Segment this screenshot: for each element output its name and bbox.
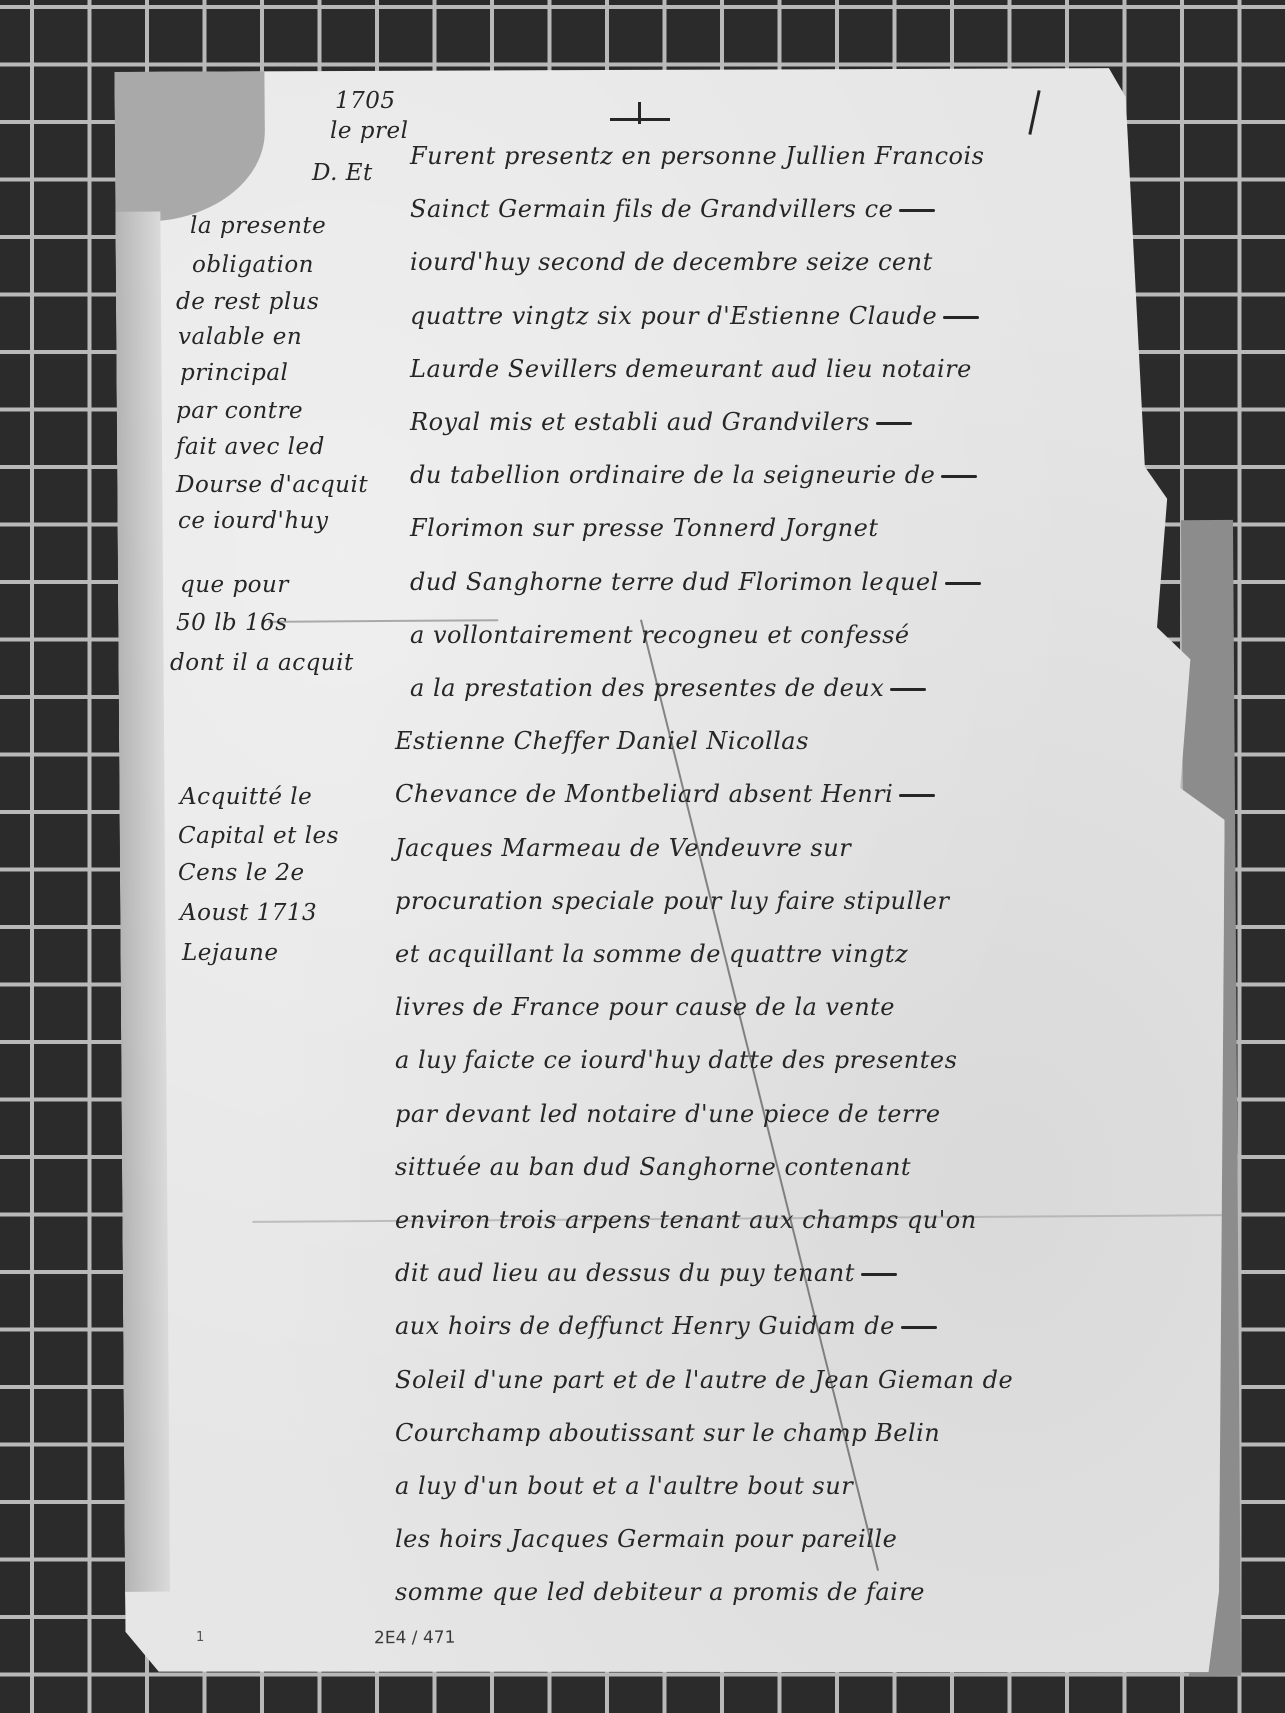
manuscript-line-text: aux hoirs de deffunct Henry Guidam de (395, 1312, 895, 1340)
manuscript-line-text: Soleil d'une part et de l'autre de Jean … (395, 1366, 1013, 1394)
manuscript-line-text: et acquillant la somme de quattre vingtz (395, 940, 908, 968)
margin-note: obligation (192, 252, 314, 278)
manuscript-line: les hoirs Jacques Germain pour pareille (395, 1525, 897, 1553)
page-mark: 1 (196, 1630, 204, 1645)
manuscript-line-text: Royal mis et establi aud Grandvilers (410, 408, 870, 436)
manuscript-line: Florimon sur presse Tonnerd Jorgnet (410, 514, 878, 542)
water-stain (114, 71, 265, 222)
margin-note: Capital et les (178, 823, 339, 849)
manuscript-line-text: Jacques Marmeau de Vendeuvre sur (395, 834, 851, 862)
manuscript-line-text: livres de France pour cause de la vente (395, 993, 895, 1021)
margin-note: Acquitté le (180, 784, 312, 810)
manuscript-line-text: Laurde Sevillers demeurant aud lieu nota… (410, 355, 972, 383)
manuscript-line: Sainct Germain fils de Grandvillers ce (410, 195, 935, 223)
manuscript-line: Estienne Cheffer Daniel Nicollas (395, 727, 809, 755)
cross-mark-icon (610, 118, 670, 121)
manuscript-line: du tabellion ordinaire de la seigneurie … (410, 461, 977, 489)
manuscript-line: aux hoirs de deffunct Henry Guidam de (395, 1312, 937, 1340)
margin-note: Dourse d'acquit (176, 472, 368, 498)
manuscript-line-text: du tabellion ordinaire de la seigneurie … (410, 461, 935, 489)
manuscript-line: a vollontairement recogneu et confessé (410, 621, 910, 649)
margin-note: ce iourd'huy (178, 508, 328, 534)
manuscript-line-text: procuration speciale pour luy faire stip… (395, 887, 949, 915)
margin-note: 50 lb 16s (176, 610, 288, 636)
line-filler-dash (861, 1273, 897, 1276)
manuscript-line: quattre vingtz six pour d'Estienne Claud… (410, 302, 979, 330)
margin-note: la presente (190, 213, 326, 239)
manuscript-line: dud Sanghorne terre dud Florimon lequel (410, 568, 981, 596)
line-filler-dash (945, 582, 981, 585)
manuscript-line-text: dit aud lieu au dessus du puy tenant (395, 1259, 855, 1287)
manuscript-line-text: Courchamp aboutissant sur le champ Belin (395, 1419, 940, 1447)
margin-note: valable en (178, 324, 302, 350)
manuscript-line: et acquillant la somme de quattre vingtz (395, 940, 908, 968)
manuscript-line-text: Estienne Cheffer Daniel Nicollas (395, 727, 809, 755)
manuscript-line-text: Florimon sur presse Tonnerd Jorgnet (410, 514, 878, 542)
manuscript-line: Furent presentz en personne Jullien Fran… (410, 142, 984, 170)
manuscript-line-text: par devant led notaire d'une piece de te… (395, 1100, 941, 1128)
margin-note: Lejaune (182, 940, 278, 966)
manuscript-line: par devant led notaire d'une piece de te… (395, 1100, 941, 1128)
edge-discoloration (115, 212, 170, 1592)
manuscript-line: sittuée au ban dud Sanghorne contenant (395, 1153, 911, 1181)
manuscript-line-text: sittuée au ban dud Sanghorne contenant (395, 1153, 911, 1181)
margin-note: D. Et (312, 160, 373, 186)
manuscript-line: a luy faicte ce iourd'huy datte des pres… (395, 1046, 957, 1074)
line-filler-dash (901, 1326, 937, 1329)
manuscript-line: iourd'huy second de decembre seize cent (410, 248, 933, 276)
line-filler-dash (899, 794, 935, 797)
manuscript-line-text: environ trois arpens tenant aux champs q… (395, 1206, 977, 1234)
manuscript-line: Jacques Marmeau de Vendeuvre sur (395, 834, 851, 862)
manuscript-line-text: Sainct Germain fils de Grandvillers ce (410, 195, 893, 223)
manuscript-line-text: a luy faicte ce iourd'huy datte des pres… (395, 1046, 957, 1074)
line-filler-dash (943, 316, 979, 319)
margin-note: principal (180, 360, 288, 386)
margin-note: que pour (180, 572, 289, 598)
line-filler-dash (876, 422, 912, 425)
manuscript-line: Royal mis et establi aud Grandvilers (410, 408, 912, 436)
manuscript-line-text: dud Sanghorne terre dud Florimon lequel (410, 568, 939, 596)
line-filler-dash (899, 209, 935, 212)
manuscript-line: environ trois arpens tenant aux champs q… (395, 1206, 977, 1234)
manuscript-line-text: iourd'huy second de decembre seize cent (410, 248, 933, 276)
manuscript-line-text: somme que led debiteur a promis de faire (395, 1578, 925, 1606)
margin-note: par contre (176, 398, 303, 424)
manuscript-line-text: a luy d'un bout et a l'aultre bout sur (395, 1472, 853, 1500)
manuscript-line: Soleil d'une part et de l'autre de Jean … (395, 1366, 1013, 1394)
manuscript-line-text: a la prestation des presentes de deux (410, 674, 884, 702)
archive-reference: 2E4 / 471 (374, 1628, 455, 1649)
manuscript-line-text: a vollontairement recogneu et confessé (410, 621, 910, 649)
manuscript-line: procuration speciale pour luy faire stip… (395, 887, 949, 915)
manuscript-line: Chevance de Montbeliard absent Henri (395, 780, 935, 808)
manuscript-line: a luy d'un bout et a l'aultre bout sur (395, 1472, 853, 1500)
manuscript-line: livres de France pour cause de la vente (395, 993, 895, 1021)
margin-note: Aoust 1713 (180, 900, 317, 926)
manuscript-line-text: Furent presentz en personne Jullien Fran… (410, 142, 984, 170)
line-filler-dash (890, 688, 926, 691)
manuscript-line: dit aud lieu au dessus du puy tenant (395, 1259, 897, 1287)
margin-note: dont il a acquit (170, 650, 354, 676)
manuscript-line: Laurde Sevillers demeurant aud lieu nota… (410, 355, 972, 383)
manuscript-line: Courchamp aboutissant sur le champ Belin (395, 1419, 940, 1447)
margin-note: 1705 (335, 88, 396, 114)
manuscript-line: somme que led debiteur a promis de faire (395, 1578, 925, 1606)
manuscript-line-text: les hoirs Jacques Germain pour pareille (395, 1525, 897, 1553)
margin-note: de rest plus (176, 289, 319, 315)
margin-note: le prel (330, 118, 408, 144)
manuscript-line-text: Chevance de Montbeliard absent Henri (395, 780, 893, 808)
line-filler-dash (941, 475, 977, 478)
margin-note: fait avec led (176, 434, 325, 460)
margin-note: Cens le 2e (178, 860, 305, 886)
manuscript-line: a la prestation des presentes de deux (410, 674, 926, 702)
manuscript-line-text: quattre vingtz six pour d'Estienne Claud… (410, 302, 937, 330)
